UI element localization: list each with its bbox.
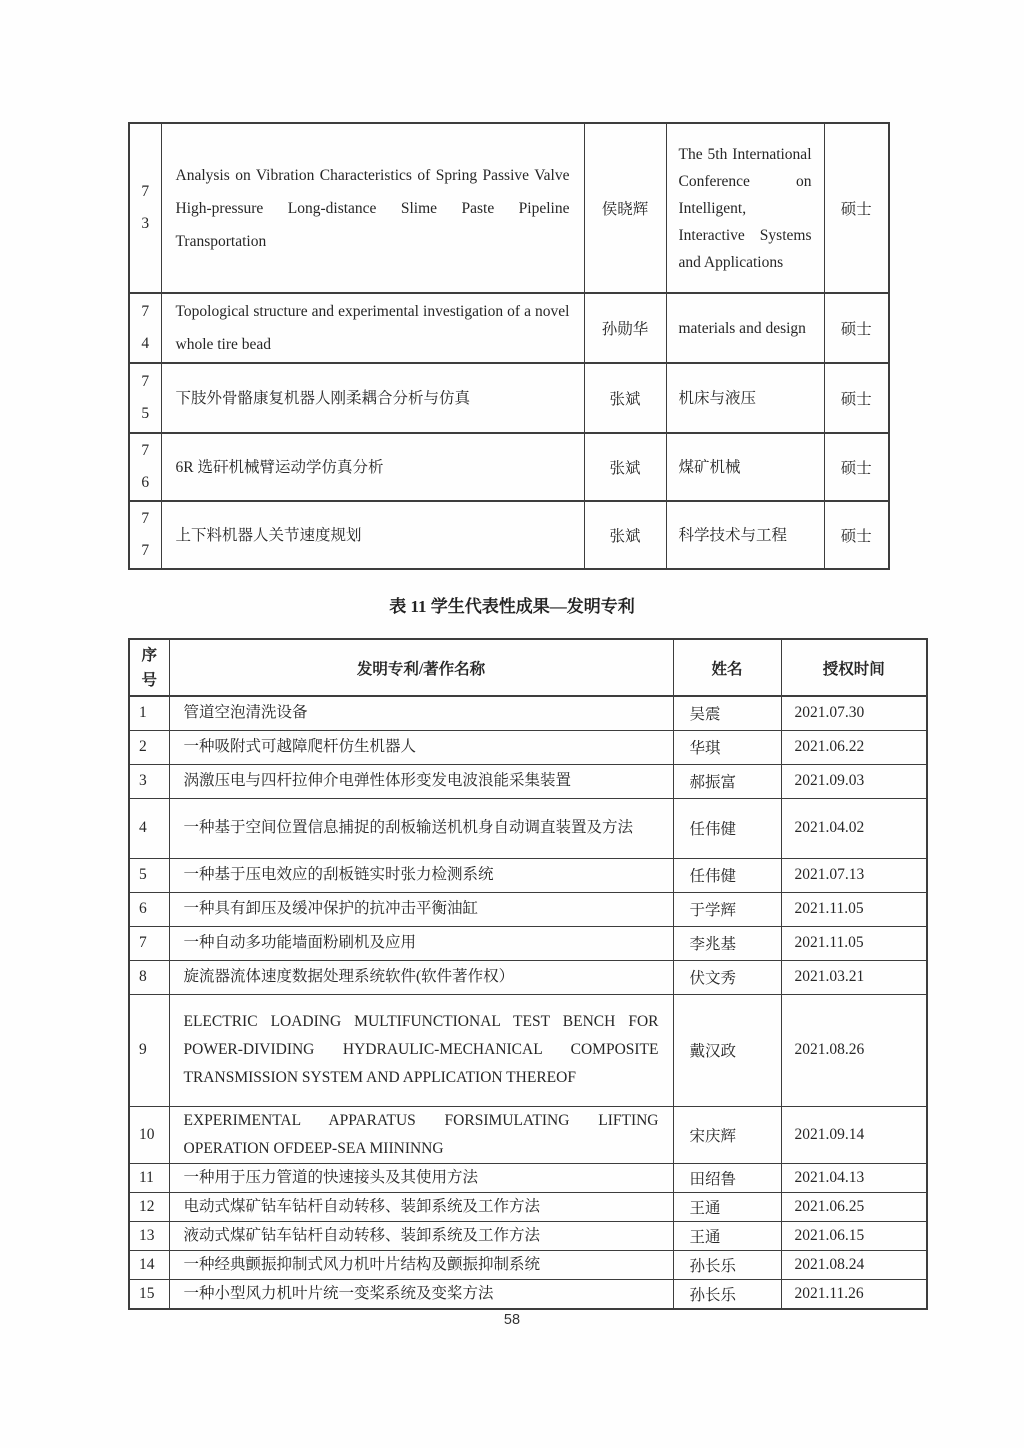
name-cell: 张斌 (584, 433, 666, 501)
degree-cell: 硕士 (824, 123, 889, 293)
table-row: 14 一种经典颤振抑制式风力机叶片结构及颤振抑制系统 孙长乐 2021.08.2… (129, 1250, 927, 1279)
patent-title-cell: 一种吸附式可越障爬杆仿生机器人 (169, 730, 673, 764)
table-row: 6 一种具有卸压及缓冲保护的抗冲击平衡油缸 于学辉 2021.11.05 (129, 892, 927, 926)
row-number-cell: 3 (129, 764, 169, 798)
date-cell: 2021.06.22 (781, 730, 927, 764)
patent-title-cell: 一种自动多功能墙面粉刷机及应用 (169, 926, 673, 960)
table-row: 8 旋流器流体速度数据处理系统软件(软件著作权） 伏文秀 2021.03.21 (129, 960, 927, 994)
row-number: 74 (140, 296, 151, 360)
title-cell: 下肢外骨骼康复机器人刚柔耦合分析与仿真 (161, 363, 584, 433)
row-number-cell: 9 (129, 994, 169, 1106)
row-number: 75 (140, 366, 151, 430)
row-number-cell: 75 (129, 363, 161, 433)
table-row: 11 一种用于压力管道的快速接头及其使用方法 田绍鲁 2021.04.13 (129, 1163, 927, 1192)
table-row: 75 下肢外骨骼康复机器人刚柔耦合分析与仿真 张斌 机床与液压 硕士 (129, 363, 889, 433)
date-cell: 2021.06.15 (781, 1221, 927, 1250)
table-row: 74 Topological structure and experimenta… (129, 293, 889, 363)
table-row: 9 ELECTRIC LOADING MULTIFUNCTIONAL TEST … (129, 994, 927, 1106)
row-number-cell: 5 (129, 858, 169, 892)
row-number-cell: 77 (129, 501, 161, 569)
patent-title-cell: 一种小型风力机叶片统一变桨系统及变桨方法 (169, 1279, 673, 1309)
table-row: 77 上下料机器人关节速度规划 张斌 科学技术与工程 硕士 (129, 501, 889, 569)
page-number: 58 (0, 1312, 1024, 1328)
patent-title-cell: 一种具有卸压及缓冲保护的抗冲击平衡油缸 (169, 892, 673, 926)
name-cell: 伏文秀 (673, 960, 781, 994)
row-number-cell: 76 (129, 433, 161, 501)
table-row: 5 一种基于压电效应的刮板链实时张力检测系统 任伟健 2021.07.13 (129, 858, 927, 892)
patent-title-cell: 一种用于压力管道的快速接头及其使用方法 (169, 1163, 673, 1192)
name-cell: 宋庆辉 (673, 1106, 781, 1163)
venue-cell: 煤矿机械 (666, 433, 824, 501)
row-number: 76 (140, 435, 151, 499)
name-cell: 孙勋华 (584, 293, 666, 363)
table-header-row: 序号 发明专利/著作名称 姓名 授权时间 (129, 639, 927, 696)
name-cell: 孙长乐 (673, 1279, 781, 1309)
row-number-cell: 74 (129, 293, 161, 363)
table-row: 1 管道空泡清洗设备 吴震 2021.07.30 (129, 696, 927, 730)
patent-title-cell: ELECTRIC LOADING MULTIFUNCTIONAL TEST BE… (169, 994, 673, 1106)
patent-title-cell: 旋流器流体速度数据处理系统软件(软件著作权） (169, 960, 673, 994)
table-row: 15 一种小型风力机叶片统一变桨系统及变桨方法 孙长乐 2021.11.26 (129, 1279, 927, 1309)
degree-cell: 硕士 (824, 293, 889, 363)
venue-cell: 科学技术与工程 (666, 501, 824, 569)
name-cell: 吴震 (673, 696, 781, 730)
table-row: 3 涡激压电与四杆拉伸介电弹性体形变发电波浪能采集装置 郝振富 2021.09.… (129, 764, 927, 798)
title-cell: 6R 选矸机械臂运动学仿真分析 (161, 433, 584, 501)
patent-title-cell: 一种基于空间位置信息捕捉的刮板输送机机身自动调直装置及方法 (169, 798, 673, 858)
row-number-cell: 10 (129, 1106, 169, 1163)
name-cell: 孙长乐 (673, 1250, 781, 1279)
date-cell: 2021.04.13 (781, 1163, 927, 1192)
title-cell: 上下料机器人关节速度规划 (161, 501, 584, 569)
row-number-cell: 6 (129, 892, 169, 926)
row-number-cell: 14 (129, 1250, 169, 1279)
row-number-cell: 2 (129, 730, 169, 764)
venue-cell: The 5th International Conference on Inte… (666, 123, 824, 293)
student-achievements-table: 73 Analysis on Vibration Characteristics… (128, 122, 890, 570)
date-cell: 2021.09.14 (781, 1106, 927, 1163)
row-number: 77 (140, 503, 151, 567)
name-cell: 王通 (673, 1221, 781, 1250)
table-row: 10 EXPERIMENTAL APPARATUS FORSIMULATING … (129, 1106, 927, 1163)
table-row: 76 6R 选矸机械臂运动学仿真分析 张斌 煤矿机械 硕士 (129, 433, 889, 501)
venue-cell: materials and design (666, 293, 824, 363)
patent-title-cell: 电动式煤矿钻车钻杆自动转移、装卸系统及工作方法 (169, 1192, 673, 1221)
document-page: 73 Analysis on Vibration Characteristics… (0, 0, 1024, 1448)
row-number-cell: 4 (129, 798, 169, 858)
header-date: 授权时间 (781, 639, 927, 696)
header-name: 姓名 (673, 639, 781, 696)
date-cell: 2021.03.21 (781, 960, 927, 994)
table-caption: 表 11 学生代表性成果—发明专利 (0, 592, 1024, 617)
patent-title-cell: 管道空泡清洗设备 (169, 696, 673, 730)
date-cell: 2021.07.13 (781, 858, 927, 892)
row-number-cell: 11 (129, 1163, 169, 1192)
row-number-cell: 15 (129, 1279, 169, 1309)
row-number-cell: 8 (129, 960, 169, 994)
date-cell: 2021.09.03 (781, 764, 927, 798)
patent-title-cell: 液动式煤矿钻车钻杆自动转移、装卸系统及工作方法 (169, 1221, 673, 1250)
table-row: 4 一种基于空间位置信息捕捉的刮板输送机机身自动调直装置及方法 任伟健 2021… (129, 798, 927, 858)
row-number-cell: 7 (129, 926, 169, 960)
title-cell: Topological structure and experimental i… (161, 293, 584, 363)
title-cell: Analysis on Vibration Characteristics of… (161, 123, 584, 293)
date-cell: 2021.11.26 (781, 1279, 927, 1309)
name-cell: 任伟健 (673, 858, 781, 892)
date-cell: 2021.07.30 (781, 696, 927, 730)
patent-title-cell: 一种基于压电效应的刮板链实时张力检测系统 (169, 858, 673, 892)
name-cell: 郝振富 (673, 764, 781, 798)
invention-patents-table: 序号 发明专利/著作名称 姓名 授权时间 1 管道空泡清洗设备 吴震 2021.… (128, 638, 928, 1310)
name-cell: 张斌 (584, 363, 666, 433)
date-cell: 2021.08.24 (781, 1250, 927, 1279)
name-cell: 戴汉政 (673, 994, 781, 1106)
degree-cell: 硕士 (824, 433, 889, 501)
name-cell: 于学辉 (673, 892, 781, 926)
row-number-cell: 13 (129, 1221, 169, 1250)
date-cell: 2021.04.02 (781, 798, 927, 858)
date-cell: 2021.08.26 (781, 994, 927, 1106)
patent-title-cell: 涡激压电与四杆拉伸介电弹性体形变发电波浪能采集装置 (169, 764, 673, 798)
table-row: 13 液动式煤矿钻车钻杆自动转移、装卸系统及工作方法 王通 2021.06.15 (129, 1221, 927, 1250)
degree-cell: 硕士 (824, 363, 889, 433)
name-cell: 李兆基 (673, 926, 781, 960)
degree-cell: 硕士 (824, 501, 889, 569)
date-cell: 2021.11.05 (781, 926, 927, 960)
row-number-cell: 73 (129, 123, 161, 293)
row-number-cell: 1 (129, 696, 169, 730)
name-cell: 侯晓辉 (584, 123, 666, 293)
header-no: 序号 (129, 639, 169, 696)
venue-cell: 机床与液压 (666, 363, 824, 433)
name-cell: 张斌 (584, 501, 666, 569)
header-title: 发明专利/著作名称 (169, 639, 673, 696)
date-cell: 2021.06.25 (781, 1192, 927, 1221)
name-cell: 王通 (673, 1192, 781, 1221)
patent-title-cell: 一种经典颤振抑制式风力机叶片结构及颤振抑制系统 (169, 1250, 673, 1279)
row-number-cell: 12 (129, 1192, 169, 1221)
table-row: 12 电动式煤矿钻车钻杆自动转移、装卸系统及工作方法 王通 2021.06.25 (129, 1192, 927, 1221)
table-row: 2 一种吸附式可越障爬杆仿生机器人 华琪 2021.06.22 (129, 730, 927, 764)
table-row: 7 一种自动多功能墙面粉刷机及应用 李兆基 2021.11.05 (129, 926, 927, 960)
patent-title-cell: EXPERIMENTAL APPARATUS FORSIMULATING LIF… (169, 1106, 673, 1163)
name-cell: 华琪 (673, 730, 781, 764)
name-cell: 任伟健 (673, 798, 781, 858)
row-number: 73 (140, 176, 151, 240)
table-row: 73 Analysis on Vibration Characteristics… (129, 123, 889, 293)
name-cell: 田绍鲁 (673, 1163, 781, 1192)
date-cell: 2021.11.05 (781, 892, 927, 926)
